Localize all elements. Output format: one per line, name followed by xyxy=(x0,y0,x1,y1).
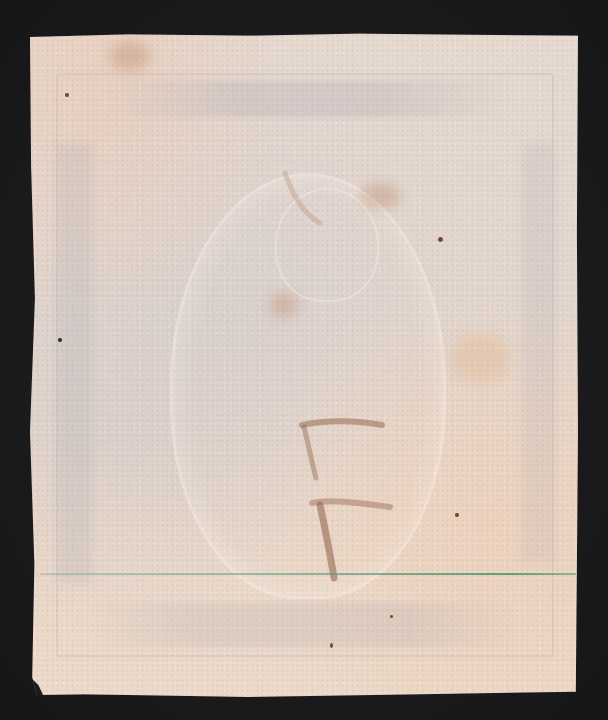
pencil-mark-icon xyxy=(30,33,578,697)
stamp-back xyxy=(30,33,578,697)
green-guideline xyxy=(40,573,576,575)
